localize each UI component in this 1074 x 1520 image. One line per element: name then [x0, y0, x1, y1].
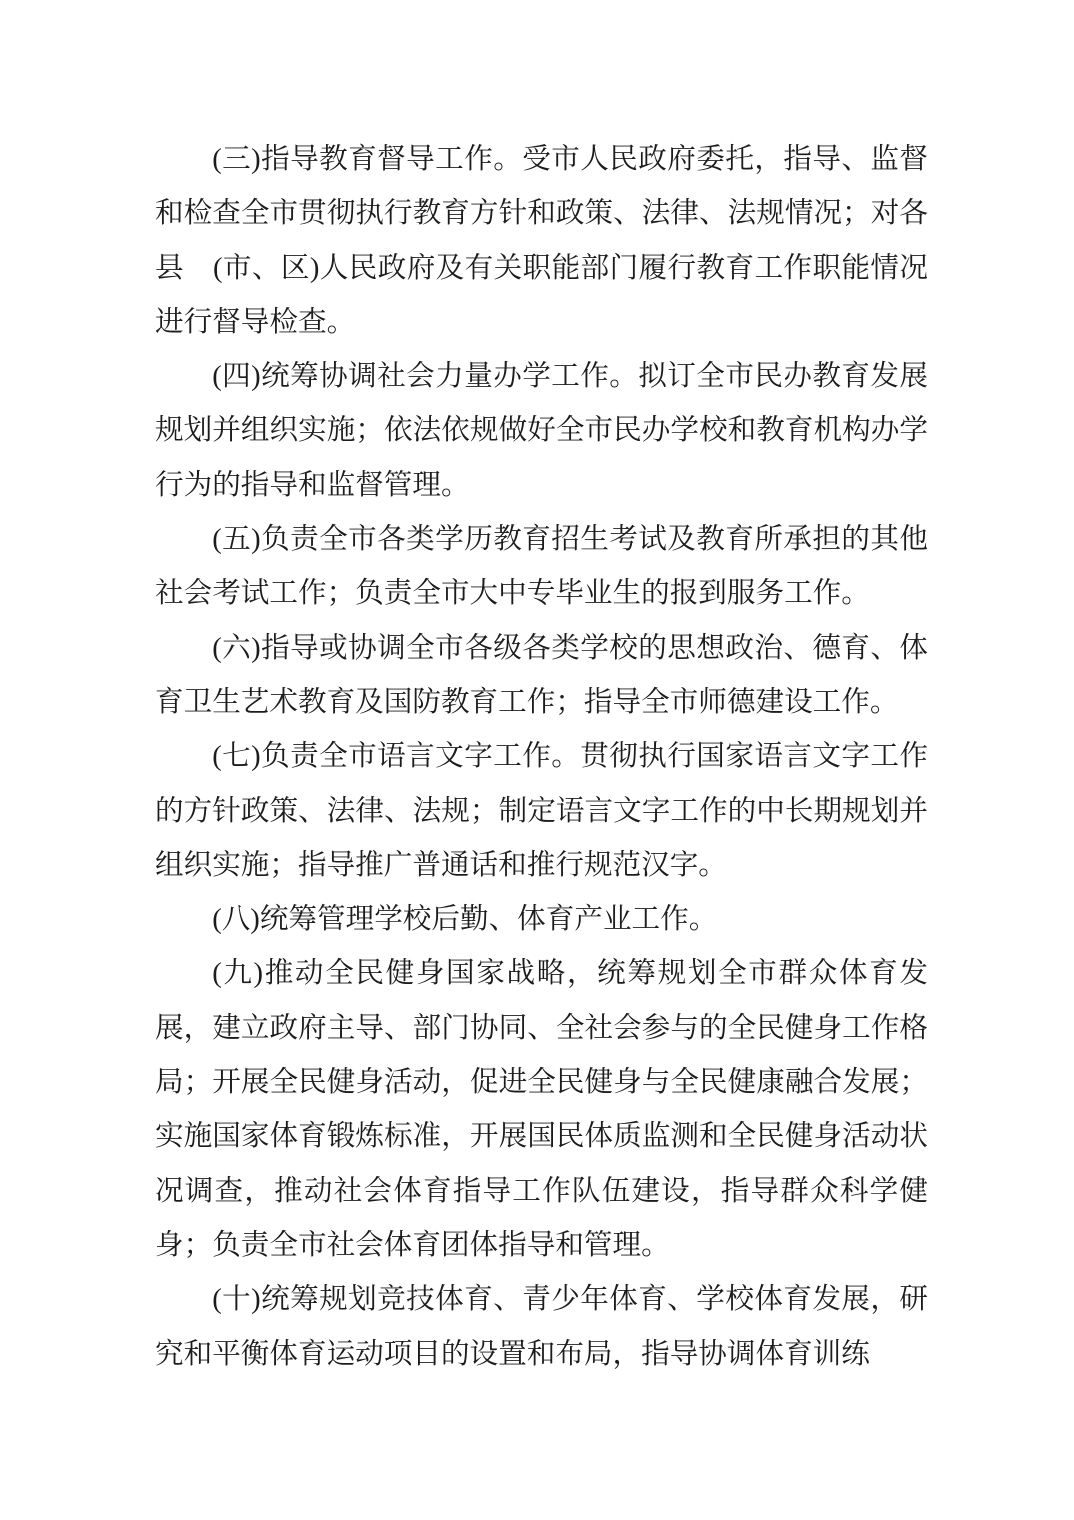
paragraph-8: (八)统筹管理学校后勤、体育产业工作。 [155, 893, 928, 947]
paragraph-9: (九)推动全民健身国家战略，统筹规划全市群众体育发展，建立政府主导、部门协同、全… [155, 947, 928, 1273]
paragraph-3: (三)指导教育督导工作。受市人民政府委托，指导、监督和检查全市贯彻执行教育方针和… [155, 133, 928, 350]
paragraph-4: (四)统筹协调社会力量办学工作。拟订全市民办教育发展规划并组织实施；依法依规做好… [155, 350, 928, 513]
paragraph-6: (六)指导或协调全市各级各类学校的思想政治、德育、体育卫生艺术教育及国防教育工作… [155, 622, 928, 731]
document-body: (三)指导教育督导工作。受市人民政府委托，指导、监督和检查全市贯彻执行教育方针和… [155, 133, 928, 1382]
paragraph-5: (五)负责全市各类学历教育招生考试及教育所承担的其他社会考试工作；负责全市大中专… [155, 513, 928, 622]
paragraph-7: (七)负责全市语言文字工作。贯彻执行国家语言文字工作的方针政策、法律、法规；制定… [155, 730, 928, 893]
paragraph-10: (十)统筹规划竞技体育、青少年体育、学校体育发展，研究和平衡体育运动项目的设置和… [155, 1273, 928, 1382]
document-page: (三)指导教育督导工作。受市人民政府委托，指导、监督和检查全市贯彻执行教育方针和… [0, 0, 1074, 1520]
